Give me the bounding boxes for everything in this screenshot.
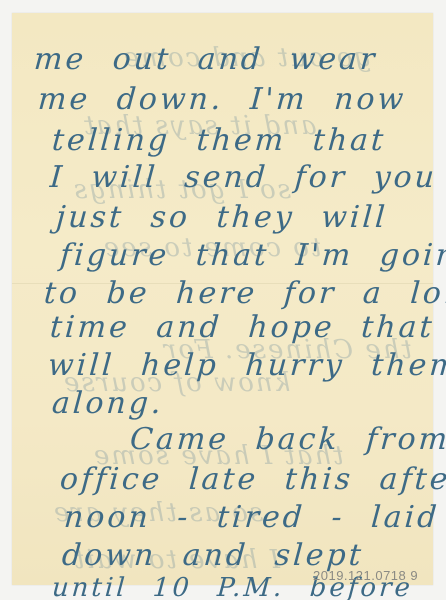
letter-line: noon - tired - laid: [63, 503, 441, 533]
letter-line: office late this after-: [59, 465, 446, 495]
letter-page: go out and come and it says that so I go…: [12, 13, 433, 585]
letter-line: to be here for a long: [43, 279, 446, 309]
letter-line: time and hope that: [49, 313, 436, 343]
letter-line: will help hurry them: [47, 351, 446, 381]
letter-line: figure that I'm going: [59, 241, 446, 271]
perforated-top-edge: [12, 10, 433, 15]
letter-line: me down. I'm now: [37, 85, 407, 115]
letter-line: along.: [51, 389, 165, 419]
scan-canvas: go out and come and it says that so I go…: [0, 0, 446, 600]
letter-line: me out and wear: [33, 45, 378, 75]
letter-line: I will send for you: [49, 163, 438, 193]
letter-line: telling them that: [51, 126, 387, 156]
letter-line: down and slept: [61, 541, 365, 571]
letter-line: just so they will: [55, 203, 389, 233]
letter-line: Came back from: [129, 425, 446, 455]
catalog-number: 2019.121.0718 9: [313, 568, 418, 583]
